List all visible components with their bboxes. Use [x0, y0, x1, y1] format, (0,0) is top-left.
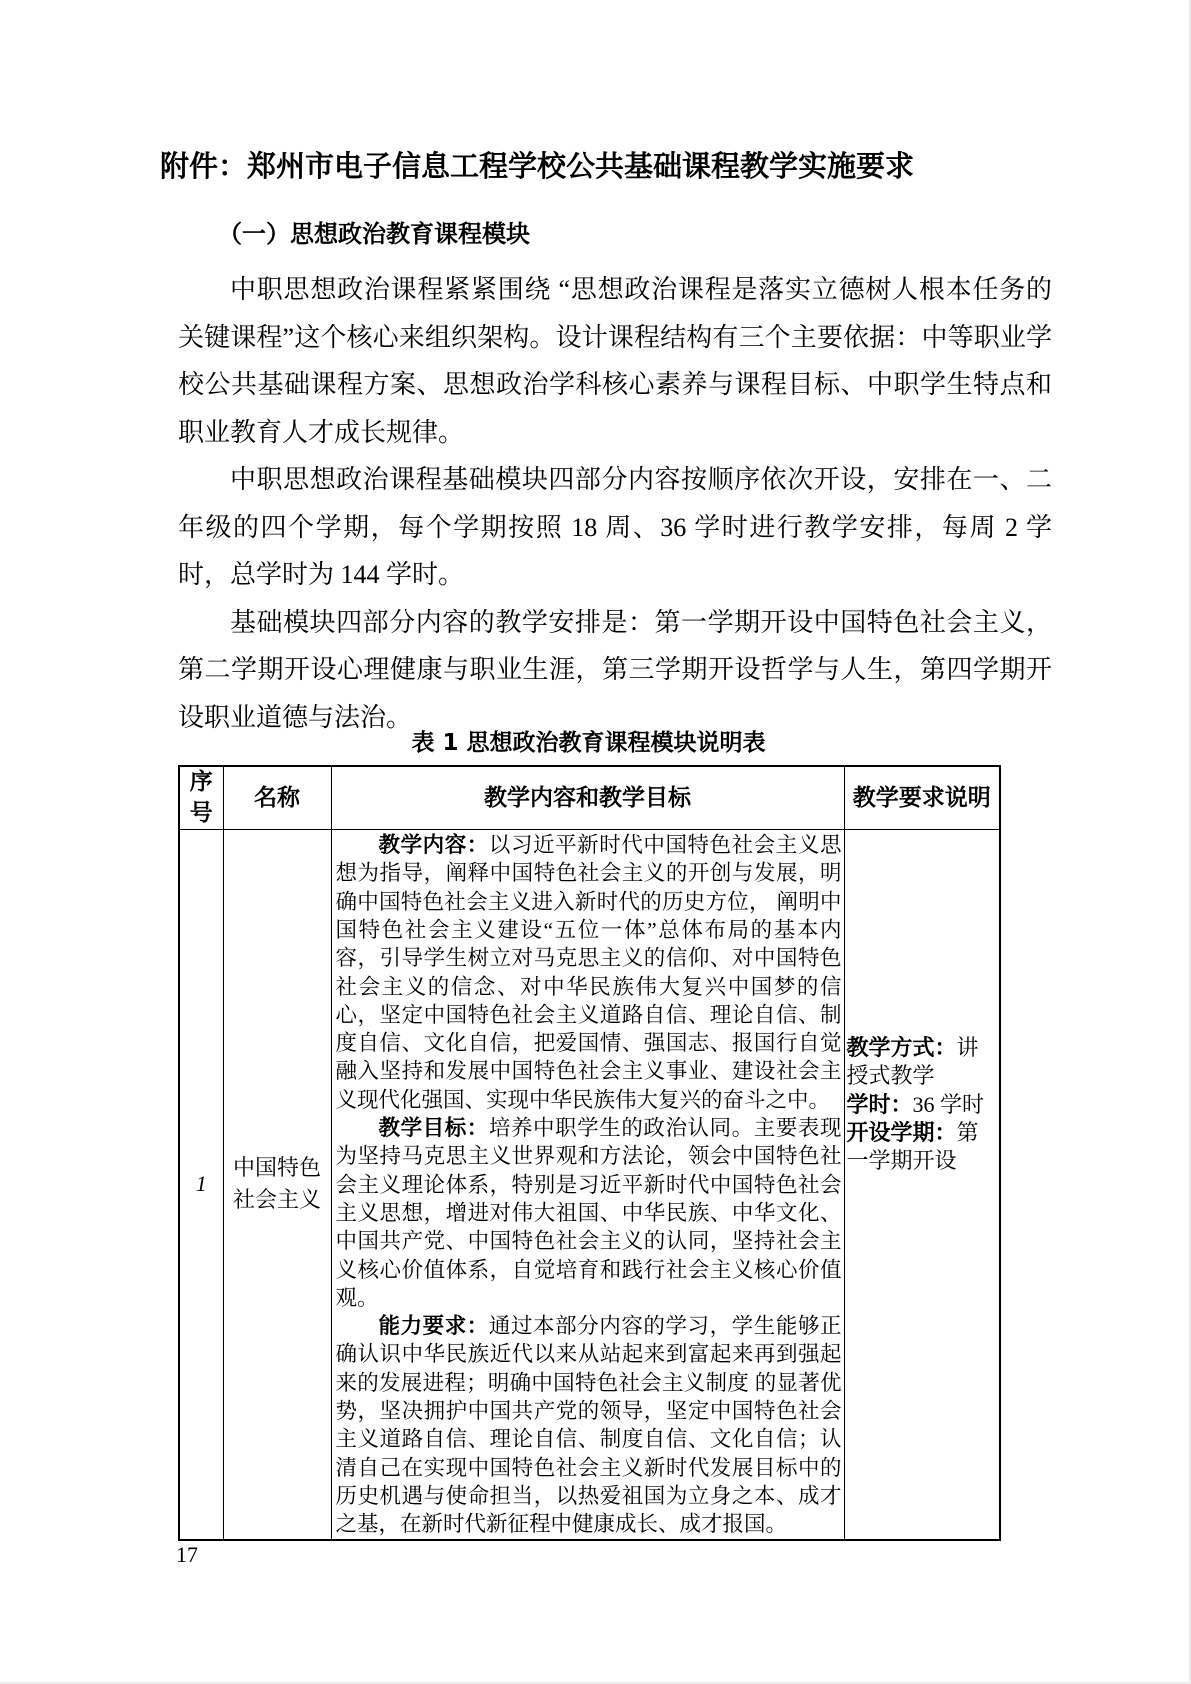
table-caption: 表 1 思想政治教育课程模块说明表 — [178, 724, 999, 757]
page-title: 附件：郑州市电子信息工程学校公共基础课程教学实施要求 — [160, 144, 914, 185]
course-name: 中国特色社会主义 — [232, 1152, 322, 1216]
col-header-name: 名称 — [223, 766, 331, 830]
cell-section: 开设学期：第一学期开设 — [847, 1119, 1000, 1176]
body-paragraph: 中职思想政治课程紧紧围绕 “思想政治课程是落实立德树人根本任务的关键课程”这个核… — [178, 266, 1052, 456]
row-index: 1 — [196, 1171, 207, 1196]
table-row: 1 中国特色社会主义 教学内容：以习近平新时代中国特色社会主义思想为指导，阐释中… — [179, 830, 1000, 1540]
row-index-cell: 1 — [179, 830, 223, 1540]
body-paragraphs: 中职思想政治课程紧紧围绕 “思想政治课程是落实立德树人根本任务的关键课程”这个核… — [178, 266, 1052, 741]
body-paragraph: 中职思想政治课程基础模块四部分内容按顺序依次开设，安排在一、二年级的四个学期，每… — [178, 456, 1052, 599]
cell-section: 教学方式：讲授式教学 — [847, 1034, 1000, 1091]
cell-section: 教学内容：以习近平新时代中国特色社会主义思想为指导，阐释中国特色社会主义的开创与… — [336, 831, 842, 1114]
course-module-table: 序号 名称 教学内容和教学目标 教学要求说明 1 中国特色社会主义 教学内容：以… — [178, 765, 1001, 1541]
body-paragraph: 基础模块四部分内容的教学安排是：第一学期开设中国特色社会主义，第二学期开设心理健… — [178, 599, 1052, 742]
cell-section: 能力要求：通过本部分内容的学习，学生能够正确认识中华民族近代以来从站起来到富起来… — [336, 1312, 842, 1538]
table-header-row: 序号 名称 教学内容和教学目标 教学要求说明 — [179, 766, 1000, 830]
course-name-cell: 中国特色社会主义 — [223, 830, 331, 1540]
col-header-index: 序号 — [179, 766, 223, 830]
col-header-content: 教学内容和教学目标 — [331, 766, 844, 830]
page-number: 17 — [176, 1542, 198, 1568]
requirements-cell: 教学方式：讲授式教学学时：36 学时开设学期：第一学期开设 — [844, 830, 1000, 1540]
cell-section: 学时：36 学时 — [847, 1091, 1000, 1119]
section-heading: （一）思想政治教育课程模块 — [218, 214, 530, 249]
col-header-requirements: 教学要求说明 — [844, 766, 1000, 830]
content-cell: 教学内容：以习近平新时代中国特色社会主义思想为指导，阐释中国特色社会主义的开创与… — [331, 830, 844, 1540]
cell-section: 教学目标：培养中职学生的政治认同。主要表现为坚持马克思主义世界观和方法论，领会中… — [336, 1114, 842, 1312]
document-page: 附件：郑州市电子信息工程学校公共基础课程教学实施要求 （一）思想政治教育课程模块… — [0, 0, 1191, 1684]
